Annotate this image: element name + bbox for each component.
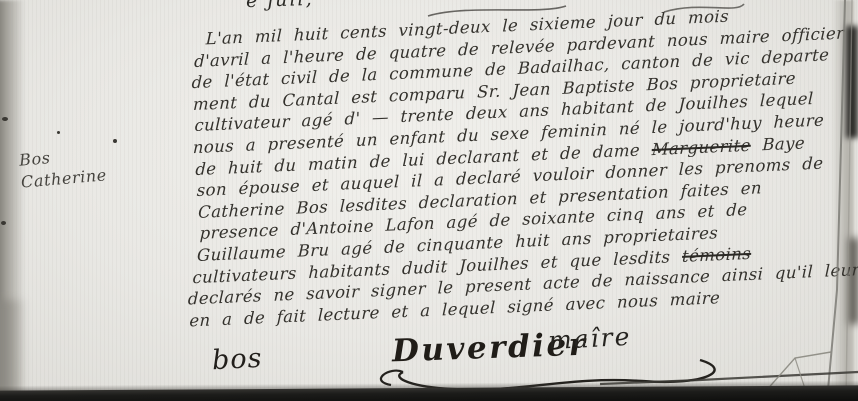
struck-word: témoins — [682, 243, 752, 265]
struck-word: Marguerite — [652, 135, 752, 158]
right-page-edge-dark-mid — [849, 238, 858, 324]
ink-spot — [2, 117, 8, 121]
ink-spot — [113, 139, 117, 143]
ink-spot — [1, 221, 6, 225]
line-text: Baye — [751, 133, 806, 154]
signature-declarant: bos — [211, 343, 263, 377]
scanned-register-page: e juil, Bos Catherine L'an mil huit cent… — [0, 0, 858, 401]
ink-spot — [57, 131, 60, 134]
previous-act-fragment: e juil, — [246, 0, 314, 12]
act-text-block: L'an mil huit cents vingt-deux le sixiem… — [184, 1, 855, 333]
signature-mayor-title: maîre — [547, 322, 632, 355]
margin-note: Bos Catherine — [18, 142, 107, 193]
